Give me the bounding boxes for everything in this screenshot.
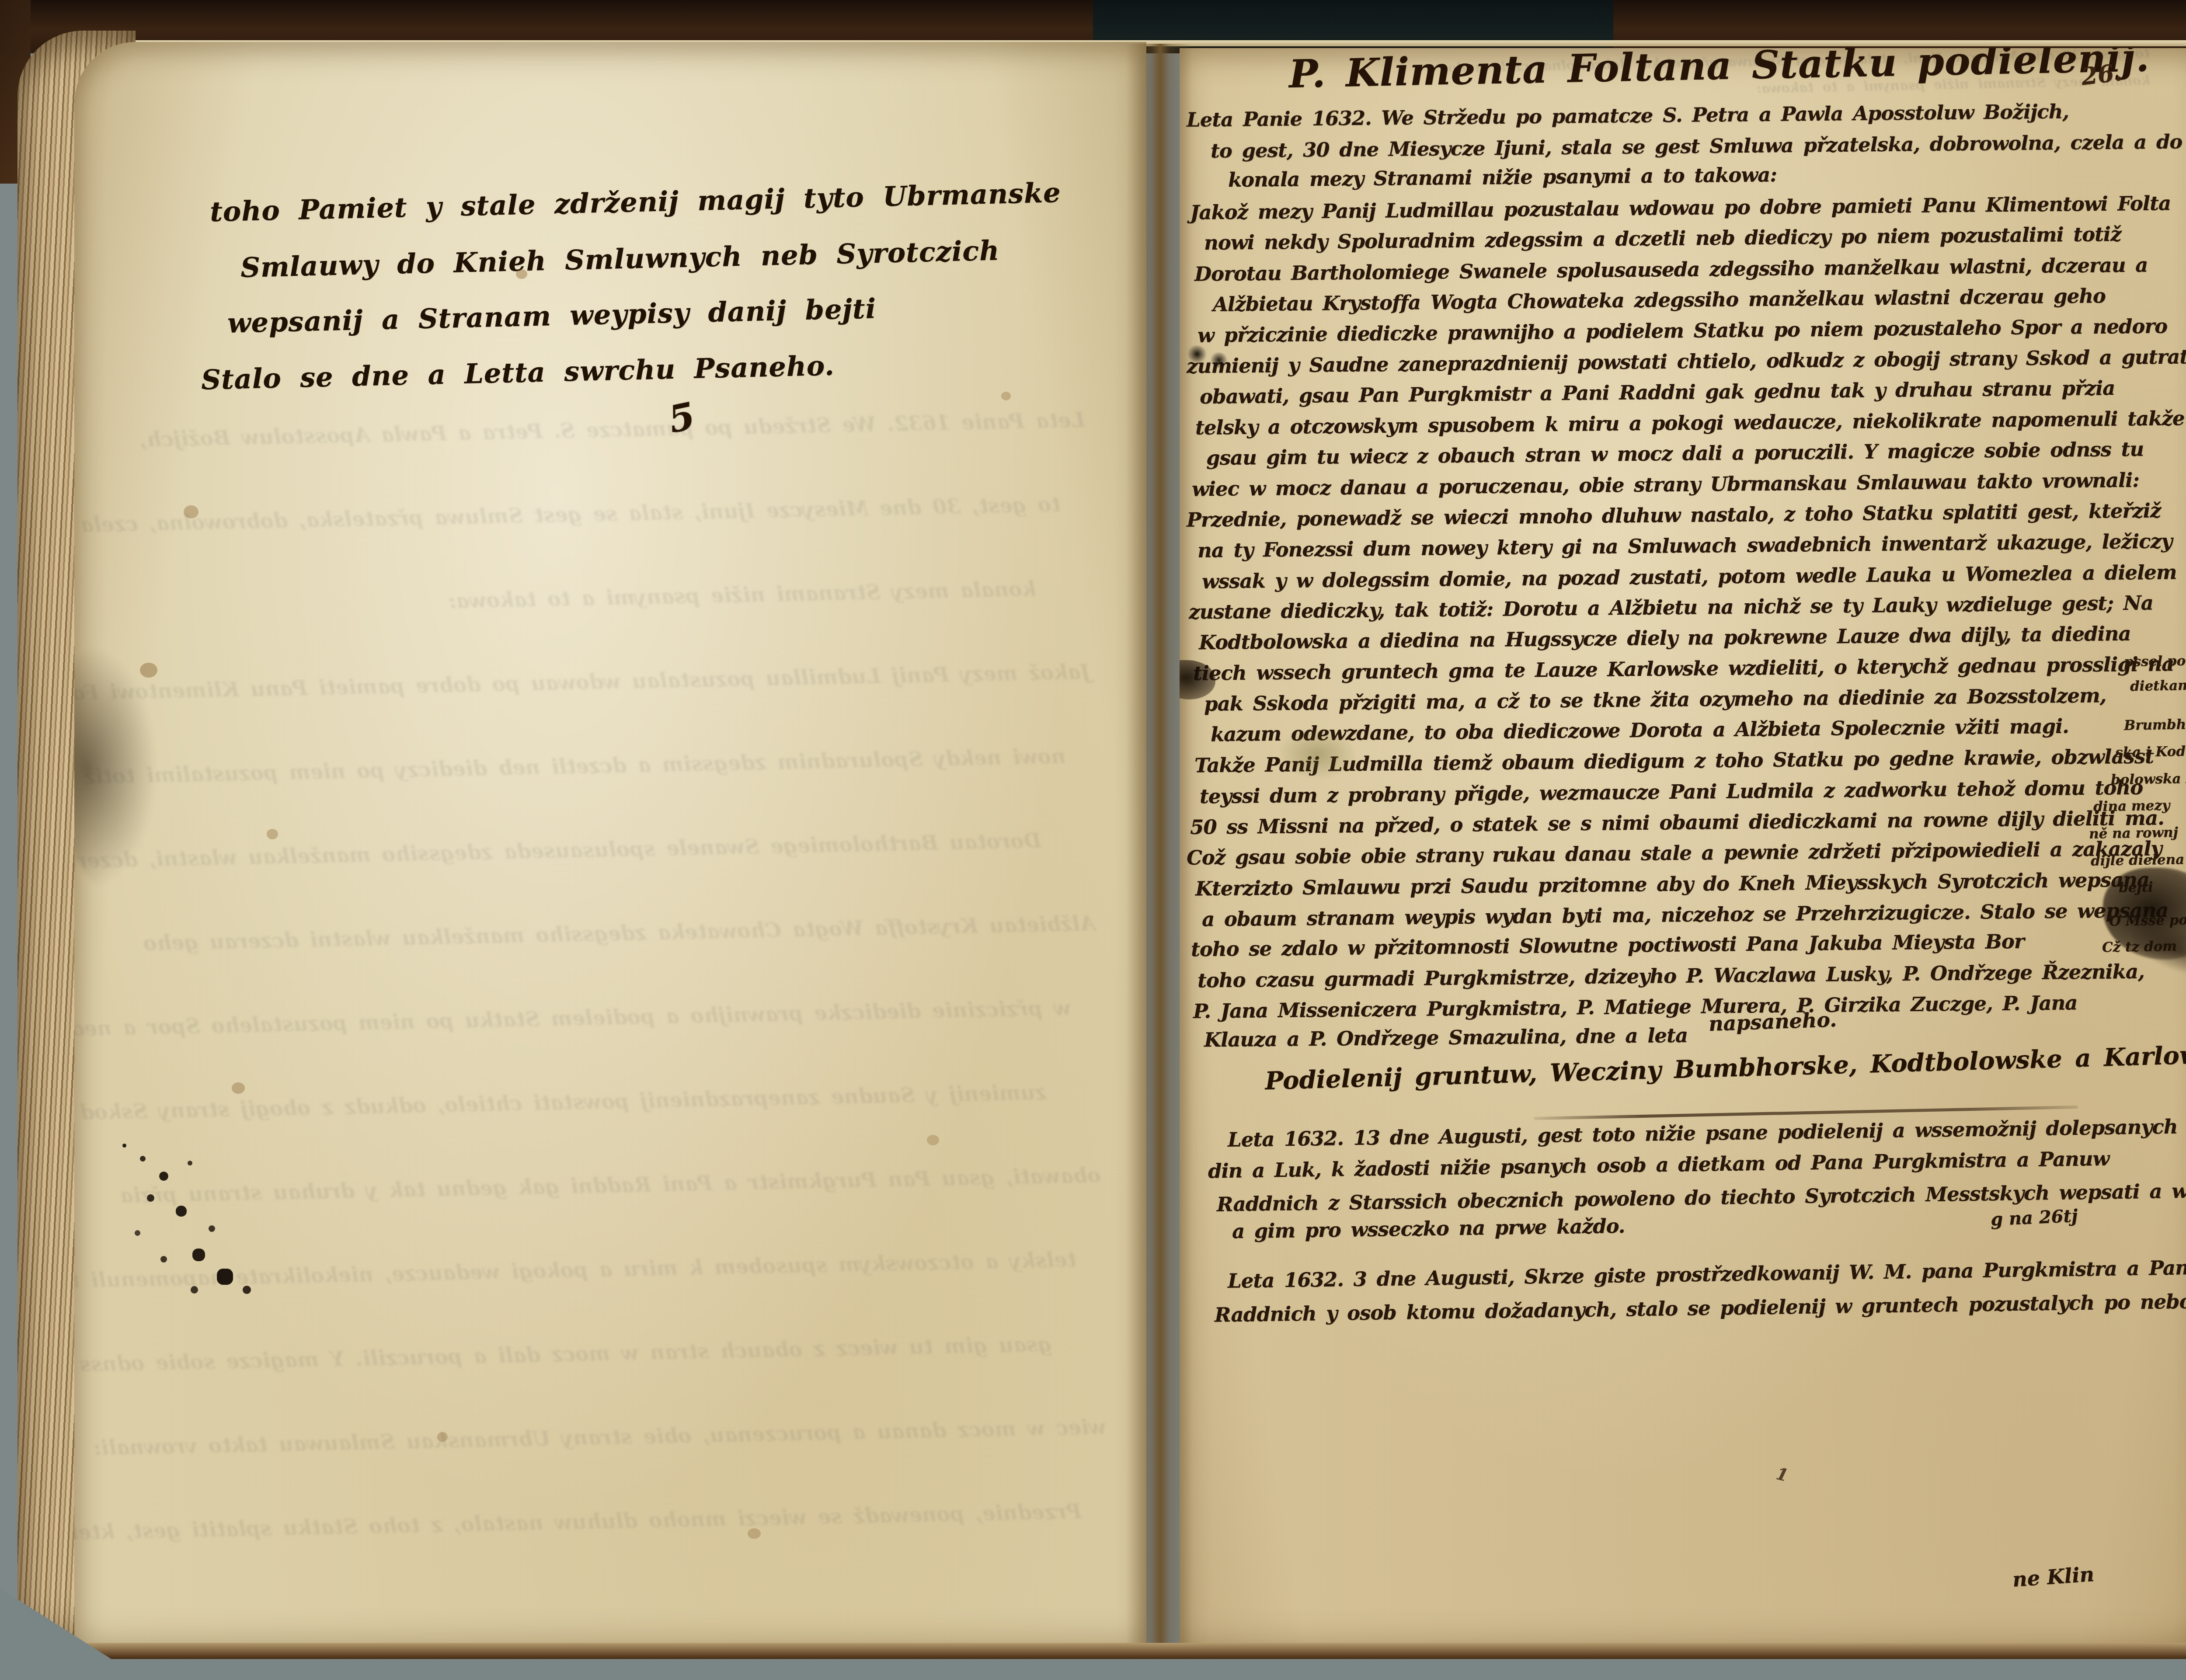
ghost-text-line: konala mezy Stranami nižie psanymi a to … [449, 577, 1036, 613]
manuscript-photo: Leta Panie 1632. We Stržedu po pamatcze … [0, 0, 2186, 1680]
ghost-text-line: Przednie, ponewadž se wieczi mnoho dluhu… [74, 1499, 1082, 1545]
manuscript-line: zustane diediczky, tak totiž: Dorotu a A… [1189, 591, 2153, 623]
manuscript-line: tiech wssech gruntech gma te Lauze Karlo… [1193, 653, 2174, 685]
left-page: Leta Panie 1632. We Stržedu po pamatcze … [74, 42, 1146, 1658]
book-gutter [1126, 44, 1192, 1658]
ghost-text-line: nowi nekdy Spoluradnim zdegssim a dczetl… [84, 744, 1066, 788]
margin-note-line: dijle dielena [2091, 852, 2185, 869]
catchword: ne Klin [2012, 1562, 2095, 1592]
manuscript-line: Przednie, ponewadž se wieczi mnoho dluhu… [1187, 499, 2161, 531]
ghost-text-line: Jakož mezy Panij Ludmillau pozustalau wd… [74, 660, 1090, 705]
paragraph-line: Leta 1632. 3 dne Augusti, Skrze giste pr… [1228, 1256, 2186, 1293]
foxing-spot [267, 829, 278, 839]
ghost-text-line: wiec w mocz danau a poruczenau, obie str… [94, 1415, 1106, 1460]
left-note-line: Stalo se dne a Letta swrchu Psaneho. [201, 350, 835, 396]
ghost-text-line: Alžbietau Krystoffa Wogta Chowateka zdeg… [143, 911, 1096, 955]
manuscript-line: toho czasu gurmadi Purgkmistrze, dzizeyh… [1197, 960, 2144, 992]
foxing-spot [140, 663, 157, 678]
ink-spatter [122, 1144, 126, 1148]
foxing-spot [232, 1082, 245, 1094]
left-note-line: Smlauwy do Knieh Smluwnych neb Syrotczic… [240, 234, 999, 283]
manuscript-line: Kterzizto Smlauwu przi Saudu przitomne a… [1195, 868, 2150, 900]
manuscript-line: konala mezy Stranami nižie psanymi a to … [1228, 163, 1777, 191]
left-note-line: wepsanij a Stranam weypisy danij bejti [227, 292, 876, 339]
foxing-spot [927, 1135, 939, 1145]
margin-note-line: ska i Kodt- [2115, 743, 2186, 760]
manuscript-line: nowi nekdy Spoluradnim zdegssim a dczetl… [1204, 223, 2121, 254]
manuscript-line: Klauza a P. Ondřzege Smazulina, dne a le… [1204, 1024, 1688, 1052]
manuscript-line: Což gsau sobie obie strany rukau danau s… [1187, 837, 2162, 869]
margin-note-line: Brumbhow- [2124, 716, 2186, 734]
manuscript-line: a obaum stranam weypis wydan byti ma, ni… [1202, 898, 2169, 931]
margin-note-line: dina mezy [2093, 797, 2170, 814]
ghost-text-line: telsky a otczowskym spusobem k miru a po… [74, 1248, 1076, 1294]
manuscript-line: telsky a otczowskym spusobem k miru a po… [1195, 407, 2185, 439]
manuscript-line: Dorotau Bartholomiege Swanele spolusause… [1194, 253, 2148, 285]
manuscript-line: P. Jana Misseniczera Purgkmistra, P. Mat… [1193, 991, 2078, 1023]
manuscript-line: toho se zdalo w přzitomnosti Slowutne po… [1191, 930, 2024, 961]
ghost-text-line: to gest, 30 dne Miesycze Ijuni, stala se… [74, 492, 1061, 538]
left-note-line: toho Pamiet y stale zdrženij magij tyto … [209, 177, 1061, 228]
foxing-spot [1001, 392, 1011, 400]
paragraph-line: din a Luk, k žadosti nižie psanych osob … [1208, 1147, 2109, 1183]
manuscript-line: Kodtbolowska a diedina na Hugssycze diel… [1199, 622, 2131, 654]
paragraph-line: Leta 1632. 13 dne Augusti, gest toto niž… [1228, 1114, 2186, 1151]
manuscript-line: Jakož mezy Panij Ludmillau pozustalau wd… [1190, 191, 2171, 224]
backdrop [0, 1659, 2186, 1680]
manuscript-line: gsau gim tu wiecz z obauch stran w mocz … [1206, 438, 2144, 470]
ghost-text-line: w přziczinie diediczke prawnijho a podie… [74, 996, 1071, 1041]
margin-note-line: dietkam [2130, 678, 2186, 694]
ghost-text-line: obawati, gsau Pan Purgkmistr a Pani Radd… [120, 1163, 1101, 1207]
foxing-spot [516, 269, 527, 279]
ink-dot [1210, 352, 1228, 368]
page-number: 26. [2079, 58, 2123, 91]
paragraph-line: a gim pro wsseczko na prwe každo. [1232, 1214, 1625, 1243]
ghost-text-line: Leta Panie 1632. We Stržedu po pamatcze … [139, 408, 1085, 451]
manuscript-line: pak Sskoda přzigiti ma, a cž to se tkne … [1204, 684, 2106, 716]
manuscript-line: obawati, gsau Pan Purgkmistr a Pani Radd… [1200, 376, 2115, 408]
paragraph-line: Raddnich y osob ktomu dožadanych, stalo … [1215, 1288, 2186, 1326]
manuscript-line: zumienij y Saudne zaneprazdnienij powsta… [1187, 345, 2186, 378]
manuscript-line: w přziczinie diediczke prawnijho a podie… [1197, 314, 2168, 347]
folio-reference-note: g na 26tj [1990, 1206, 2078, 1230]
manuscript-line: wiec w mocz danau a poruczenau, obie str… [1192, 468, 2139, 501]
margin-note-line: bolowska Die- [2111, 770, 2186, 788]
margin-note-line: ně na rownj [2089, 824, 2179, 842]
ghost-text-line: zumienij y Saudne zaneprazdnienij powsta… [74, 1080, 1047, 1127]
stray-mark: 1 [1774, 1463, 1790, 1485]
margin-note-line: pssel po [2124, 653, 2186, 670]
bleed-through-text: Leta Panie 1632. We Stržedu po pamatcze … [123, 408, 1110, 1630]
manuscript-line: wssak y w dolegssim domie, na pozad zust… [1202, 560, 2177, 593]
ghost-text-line: Dorotau Bartholomiege Swanele spolusause… [74, 829, 1041, 874]
manuscript-line: Alžbietau Krystoffa Wogta Chowateka zdeg… [1213, 284, 2106, 316]
manuscript-line: na ty Fonezssi dum nowey ktery gi na Sml… [1197, 529, 2172, 562]
manuscript-line: teyssi dum z probrany přigde, wezmaucze … [1200, 776, 2143, 808]
right-page: Leta Panie 1632. We Stržedu po pamatcze … [1180, 48, 2186, 1657]
foxing-spot [184, 505, 198, 518]
manuscript-line: to gest, 30 dne Miesycze Ijuni, stala se… [1211, 130, 2183, 163]
closing-word: napsaneho. [1708, 1008, 1837, 1036]
foxing-spot [748, 1528, 761, 1539]
ghost-text-line: gsau gim tu wiecz z obauch stran w mocz … [74, 1332, 1052, 1377]
manuscript-line: 50 ss Missni na přzed, o statek se s nim… [1190, 806, 2164, 838]
foxing-spot [437, 1432, 448, 1442]
